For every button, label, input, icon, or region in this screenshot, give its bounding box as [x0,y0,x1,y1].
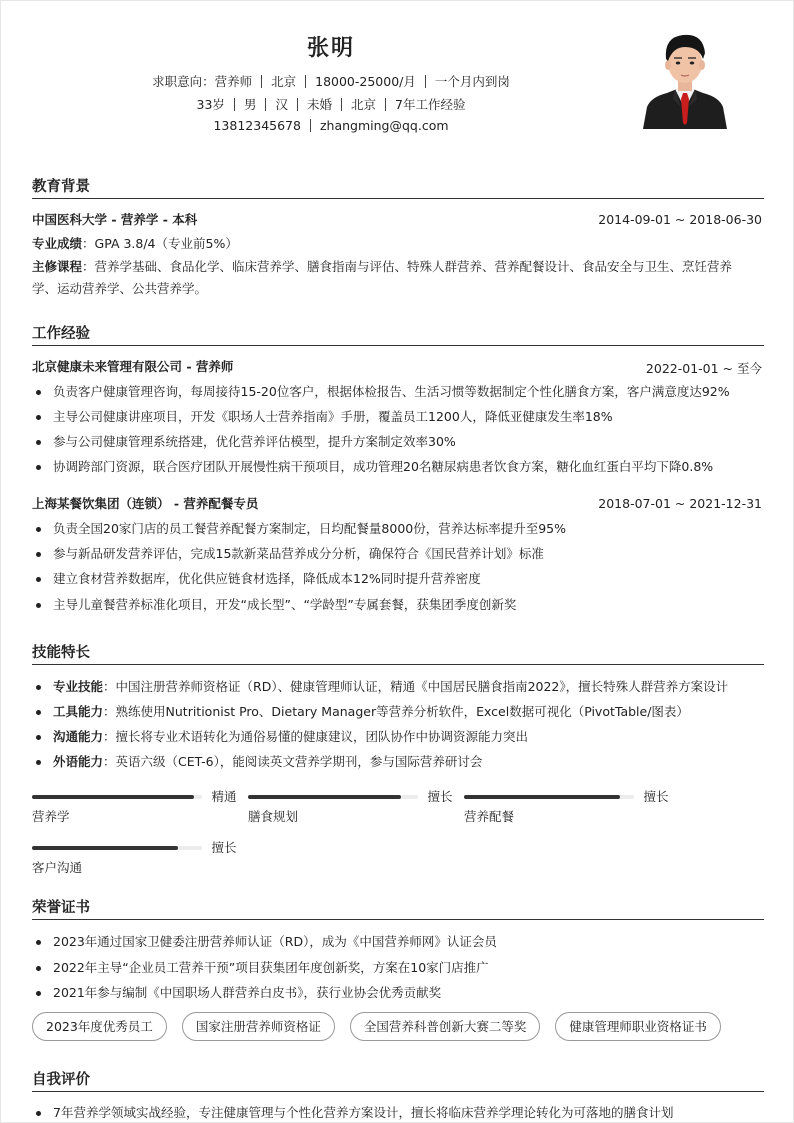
section-divider [32,198,764,199]
divider [265,98,266,111]
divider [425,75,426,88]
gpa-row: 专业成绩：GPA 3.8/4（专业前5%） [32,234,764,254]
bullet-icon [36,710,41,715]
section-title-education: 教育背景 [32,175,90,196]
residence: 北京 [351,97,376,112]
divider [341,98,342,111]
skill-text: ：擅长将专业术语转化为通俗易懂的健康建议，团队协作中协调资源能力突出 [103,729,528,744]
bullet-icon [36,440,41,445]
skill-text: ：熟练使用Nutritionist Pro、Dietary Manager等营养… [103,704,689,719]
personal-info-line: 33岁男汉未婚北京7年工作经验 [1,95,661,113]
certificate-tag: 健康管理师职业资格证书 [555,1012,721,1041]
bullet-icon [36,603,41,608]
bullet-icon [36,415,41,420]
certificate-tag: 全国营养科普创新大赛二等奖 [350,1012,541,1041]
candidate-name: 张明 [1,31,661,62]
section-title-self-evaluation: 自我评价 [32,1068,90,1089]
skill-level: 精通 [206,787,242,805]
divider [234,98,235,111]
section-divider [32,1091,764,1092]
skill-label: 专业技能 [53,679,103,694]
school-major-degree: 中国医科大学 - 营养学 - 本科 [32,212,197,227]
skill-label: 沟通能力 [53,729,103,744]
email: zhangming@qq.com [320,118,449,133]
skill-name: 营养配餐 [464,807,514,825]
skill-bar-track [464,795,634,799]
skill-name: 膳食规划 [248,807,298,825]
job-intention: 求职意向：营养师 [152,74,252,89]
skill-bar-fill [32,846,178,850]
bullet-icon [36,527,41,532]
skill-name: 客户沟通 [32,858,82,876]
skill-bar: 擅长 客户沟通 [32,838,242,882]
divider [385,98,386,111]
job-date: 2018-07-01 ~ 2021-12-31 [598,496,762,511]
salary: 18000-25000/月 [315,74,416,89]
gender: 男 [244,97,257,112]
skill-text: ：中国注册营养师资格证（RD）、健康管理师认证，精通《中国居民膳食指南2022》… [103,679,728,694]
availability: 一个月内到岗 [435,74,510,89]
courses-value: ：营养学基础、食品化学、临床营养学、膳食指南与评估、特殊人群营养、营养配餐设计、… [82,259,732,274]
age: 33岁 [197,97,225,112]
section-title-skills: 技能特长 [32,641,90,662]
skill-bar: 擅长 膳食规划 [248,787,458,831]
skill-label: 工具能力 [53,704,103,719]
certificate-tags: 2023年度优秀员工 国家注册营养师资格证 全国营养科普创新大赛二等奖 健康管理… [32,1012,721,1041]
bullet-icon [36,465,41,470]
resume-page: 张明 求职意向：营养师北京18000-25000/月一个月内到岗 33岁男汉未婚… [0,0,794,1123]
job-intention-line: 求职意向：营养师北京18000-25000/月一个月内到岗 [1,72,661,90]
skill-level: 擅长 [422,787,458,805]
bullet-icon [36,760,41,765]
divider [305,75,306,88]
courses-label: 主修课程 [32,259,82,274]
section-divider [32,345,764,346]
job-title: 北京健康未来管理有限公司 - 营养师 [32,359,233,374]
skill-label: 外语能力 [53,754,103,769]
section-divider [32,919,764,920]
bullet-icon [36,991,41,996]
bullet-icon [36,577,41,582]
marital-status: 未婚 [307,97,332,112]
avatar-illustration [637,27,733,129]
bullet-icon [36,940,41,945]
location: 北京 [271,74,296,89]
profile-photo [637,27,733,129]
bullet-icon [36,735,41,740]
divider [297,98,298,111]
gpa-label: 专业成绩 [32,236,82,251]
education-date: 2014-09-01 ~ 2018-06-30 [598,212,762,227]
bullet-icon [36,1111,41,1116]
contact-line: 13812345678zhangming@qq.com [1,118,661,133]
job-date: 2022-01-01 ~ 至今 [646,359,762,377]
skill-level: 擅长 [206,838,242,856]
skill-bar-fill [32,795,194,799]
bullet-icon [36,966,41,971]
divider [310,119,311,132]
courses-row: 主修课程：营养学基础、食品化学、临床营养学、膳食指南与评估、特殊人群营养、营养配… [32,257,764,277]
bullet-icon [36,685,41,690]
section-divider [32,664,764,665]
phone: 13812345678 [213,118,300,133]
section-title-work: 工作经验 [32,322,90,343]
skill-bar-track [32,795,202,799]
skill-bar-track [248,795,418,799]
skill-bar: 擅长 营养配餐 [464,787,674,831]
resume-header: 张明 求职意向：营养师北京18000-25000/月一个月内到岗 33岁男汉未婚… [1,1,794,151]
job-title: 上海某餐饮集团（连锁） - 营养配餐专员 [32,496,258,511]
bullet-icon [36,552,41,557]
skill-bar-fill [464,795,620,799]
courses-row-cont: 学、运动营养学、公共营养学。 [32,279,764,299]
skill-text: ：英语六级（CET-6），能阅读英文营养学期刊，参与国际营养研讨会 [103,754,482,769]
skill-level: 擅长 [638,787,674,805]
certificate-tag: 2023年度优秀员工 [32,1012,167,1041]
divider [261,75,262,88]
skill-bar-track [32,846,202,850]
ethnicity: 汉 [275,97,288,112]
skill-bar-fill [248,795,401,799]
gpa-value: ：GPA 3.8/4（专业前5%） [82,236,238,251]
bullet-icon [36,390,41,395]
experience-years: 7年工作经验 [395,97,465,112]
skill-bar: 精通 营养学 [32,787,242,831]
certificate-tag: 国家注册营养师资格证 [182,1012,335,1041]
section-title-honors: 荣誉证书 [32,896,90,917]
skill-name: 营养学 [32,807,70,825]
